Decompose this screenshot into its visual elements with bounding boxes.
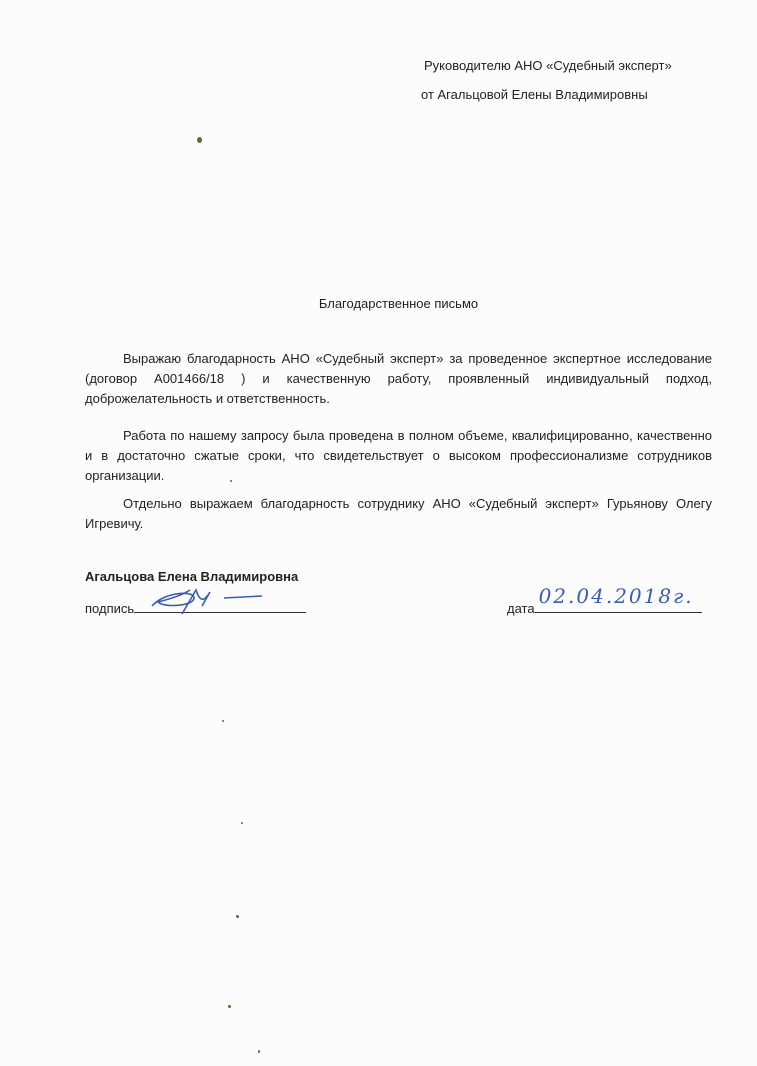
- paragraph-2: Работа по нашему запросу была проведена …: [85, 426, 712, 486]
- scan-speck: [197, 137, 202, 143]
- signature-row: подпись: [85, 598, 306, 616]
- date-value: 02.04.2018г.: [539, 584, 694, 608]
- addressee: Руководителю АНО «Судебный эксперт»: [424, 58, 672, 73]
- letter-page: Руководителю АНО «Судебный эксперт» от А…: [0, 0, 757, 1066]
- paragraph-3: Отдельно выражаем благодарность сотрудни…: [85, 494, 712, 534]
- signature-icon: [144, 584, 294, 620]
- date-label: дата: [507, 601, 535, 616]
- paragraph-1: Выражаю благодарность АНО «Судебный эксп…: [85, 349, 712, 409]
- date-line: 02.04.2018г.: [535, 598, 702, 613]
- scan-speck: [230, 480, 232, 482]
- scan-speck: [241, 822, 243, 824]
- date-row: дата 02.04.2018г.: [507, 598, 702, 616]
- scan-speck: [236, 915, 239, 918]
- scan-speck: [228, 1005, 231, 1008]
- scan-speck: [258, 1050, 260, 1053]
- sender: от Агальцовой Елены Владимировны: [421, 87, 648, 102]
- signature-label: подпись: [85, 601, 134, 616]
- signature-line: [134, 598, 306, 613]
- signer-name: Агальцова Елена Владимировна: [85, 569, 298, 584]
- scan-speck: [222, 720, 224, 722]
- letter-title: Благодарственное письмо: [0, 296, 757, 311]
